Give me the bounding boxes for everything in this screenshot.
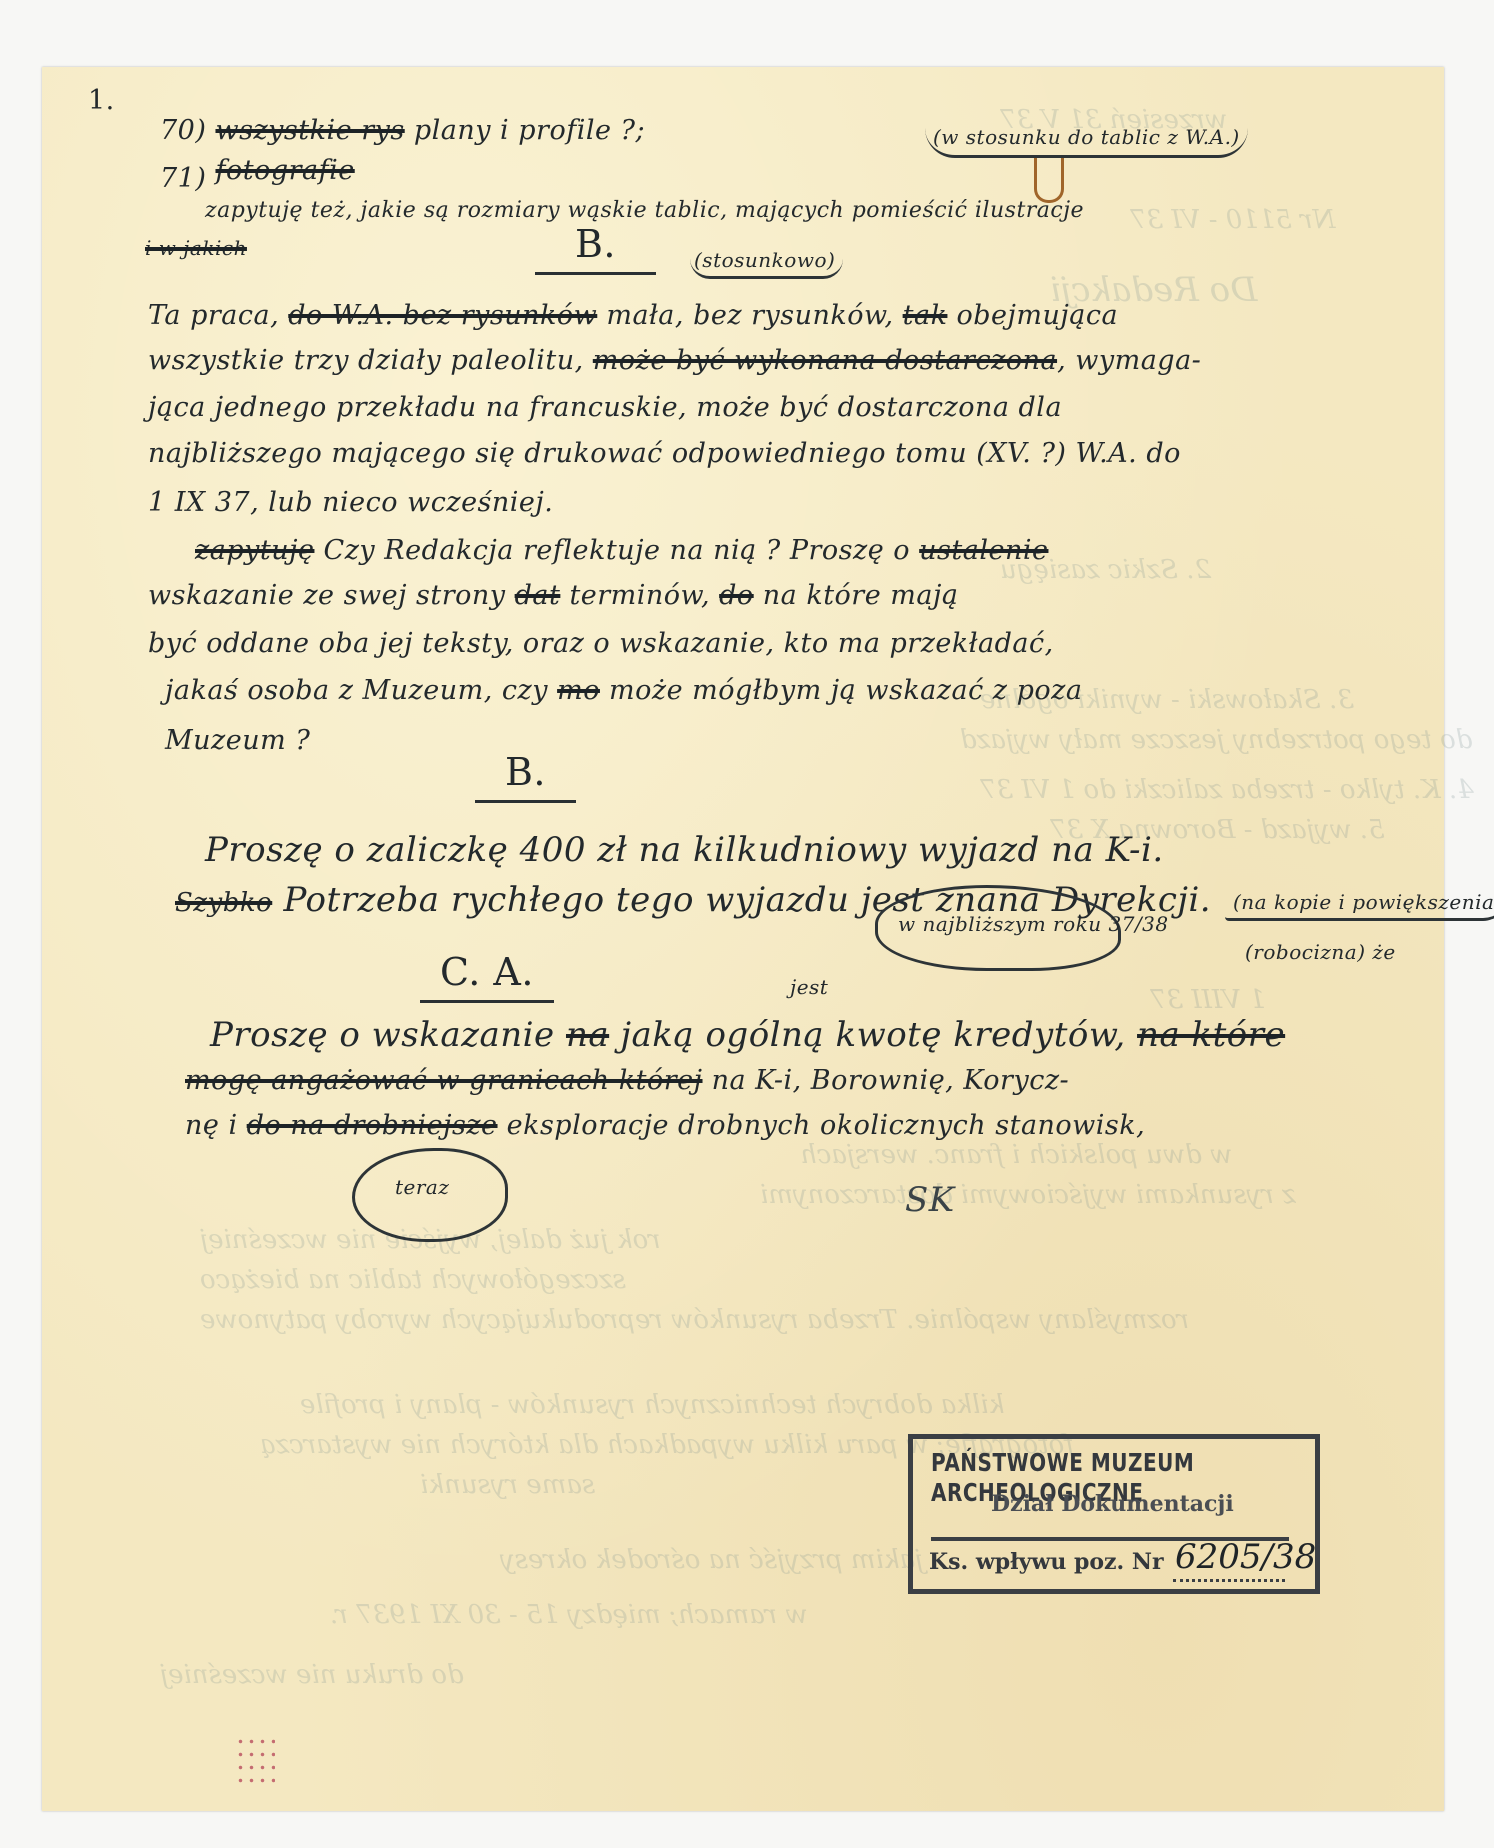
text-line: jąca jednego przekładu na francuskie, mo… — [148, 392, 1062, 423]
item-number: 70) — [160, 115, 206, 146]
section-heading-c: C. A. — [420, 950, 554, 994]
text-line: Proszę o wskazanie na jaką ogólną kwotę … — [210, 1015, 1285, 1055]
stamp-department: Dział Dokumentacji — [991, 1491, 1234, 1517]
bleed-line: w ramach; między 15 - 30 XI 1937 r. — [330, 1600, 808, 1630]
text-line: wskazanie ze swej strony dat terminów, d… — [148, 580, 958, 611]
bleed-line: jakim przyjść na ośrodek okresy — [500, 1545, 923, 1575]
item-number: 71) — [160, 163, 206, 194]
section-heading-b2: B. — [475, 750, 576, 794]
stamp-register-label: Ks. wpływu poz. Nr — [929, 1549, 1164, 1575]
struck-text: i w jakich — [145, 236, 247, 260]
stamp-dotted-line — [1173, 1579, 1285, 1582]
text-line: najbliższego mającego się drukować odpow… — [148, 438, 1181, 469]
text-line: nę i do na drobniejsze eksploracje drobn… — [185, 1110, 1145, 1141]
section-heading-b: B. — [535, 222, 656, 266]
circled-note-text: teraz — [395, 1175, 449, 1199]
marginal-note-stosunkowo: (stosunkowo) — [690, 248, 843, 279]
text-line: jakaś osoba z Muzeum, czy mo może mógłby… — [165, 675, 1082, 706]
bleed-line: do druku nie wcześniej — [160, 1660, 464, 1690]
stamp-register-number: 6205/38 — [1175, 1537, 1316, 1577]
item-text: plany i profile ?; — [414, 115, 645, 146]
item-71-text: zapytuję też, jakie są rozmiary wąskie t… — [205, 198, 1084, 223]
circled-note-text: w najbliższym roku 37/38 — [898, 912, 1169, 936]
bleed-line: do tego potrzebny jeszcze mały wyjazd — [960, 725, 1472, 755]
insert-word: jest — [790, 975, 828, 999]
item-70: 70) wszystkie rys plany i profile ?; — [160, 115, 645, 146]
signature: SK — [905, 1180, 955, 1220]
struck-text: fotografie — [215, 155, 354, 186]
bleed-line: rozmyślany wspólnie. Trzeba rysunków rep… — [200, 1305, 1189, 1335]
bleed-line: 4. K. tylko - trzeba zaliczki do 1 VI 37 — [980, 775, 1474, 805]
side-note: (na kopie i powiększenia) — [1225, 890, 1494, 921]
text-line: zapytuję Czy Redakcja reflektuje na nią … — [195, 535, 1048, 566]
marginal-note-tablice: (w stosunku do tablic z W.A.) — [925, 125, 1248, 158]
text-line: mogę angażować w granicach której na K-i… — [185, 1065, 1069, 1096]
page-marker: 1. — [88, 85, 115, 116]
text-line: być oddane oba jej teksty, oraz o wskaza… — [148, 628, 1054, 659]
struck-text: wszystkie rys — [215, 115, 404, 146]
brown-ink-mark — [1034, 158, 1064, 203]
bleed-line: szczegółowych tablic na bieżąco — [200, 1265, 626, 1295]
text-line: Proszę o zaliczkę 400 zł na kilkudniowy … — [205, 830, 1164, 870]
side-note: (robocizna) że — [1245, 940, 1396, 964]
ink-specks — [235, 1735, 275, 1785]
text-line: Muzeum ? — [165, 725, 310, 756]
bleed-line: Nr 5110 - VI 37 — [1130, 205, 1335, 235]
bleed-line: kilka dobrych technicznych rysunków - pl… — [300, 1390, 1004, 1420]
text-line: Ta praca, do W.A. bez rysunków mała, bez… — [148, 300, 1118, 331]
text-line: 1 IX 37, lub nieco wcześniej. — [148, 487, 553, 518]
bleed-line: same rysunki — [420, 1470, 595, 1500]
bleed-line: w dwu polskich i franc. wersjach — [800, 1140, 1232, 1170]
bleed-line: z rysunkami wyjściowymi dostarczonymi — [760, 1180, 1296, 1210]
item-71: 71) fotografie — [160, 163, 355, 194]
archive-stamp: PAŃSTWOWE MUZEUM ARCHEOLOGICZNE Dział Do… — [908, 1434, 1320, 1594]
text-line: wszystkie trzy działy paleolitu, może by… — [148, 345, 1201, 376]
bleed-line: 1 VIII 37 — [1150, 985, 1266, 1015]
